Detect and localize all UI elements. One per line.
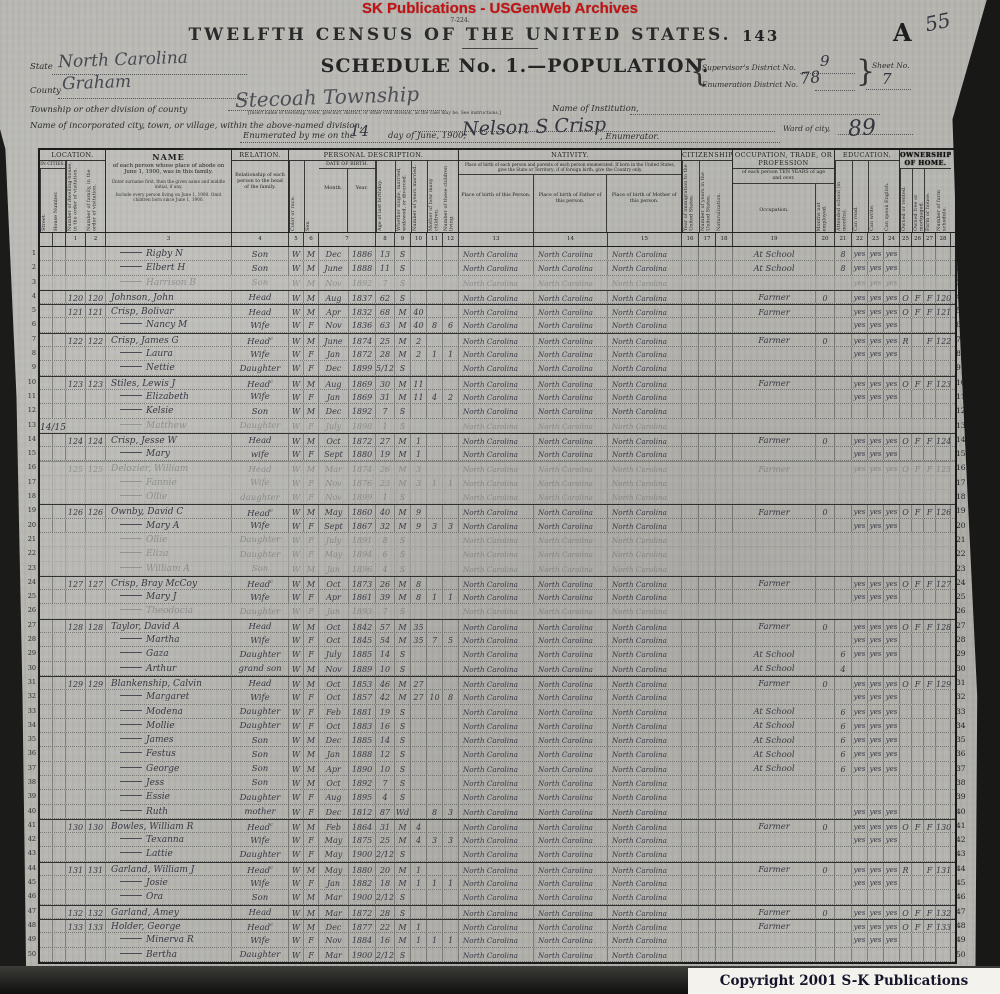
- cell-cl: [443, 647, 459, 660]
- cell-r: mother: [232, 805, 289, 818]
- cell-d: [66, 533, 86, 546]
- cell-rd: yes: [852, 920, 868, 932]
- cell-r: Son: [232, 762, 289, 775]
- cell-yu: [699, 434, 716, 446]
- cell-o: [900, 933, 912, 946]
- cell-mc: [427, 762, 443, 775]
- cell-iy: [682, 847, 699, 860]
- cell-occ: [733, 847, 816, 860]
- cell-st: [40, 361, 53, 374]
- cell-en: [884, 662, 900, 675]
- cell-fh: [924, 347, 936, 360]
- cell-sch: [835, 590, 852, 603]
- cell-mc: 1: [427, 347, 443, 360]
- cell-age: 25: [376, 334, 395, 346]
- township-label: Township or other division of county: [30, 105, 187, 115]
- cell-yu: [699, 447, 716, 460]
- cell-cl: [443, 434, 459, 446]
- cell-o: [900, 805, 912, 818]
- cell-d: [66, 447, 86, 460]
- cell-p3: North Carolina: [608, 620, 682, 632]
- census-row: TheodociaDaughterWFJan18937SNorth Caroli…: [40, 604, 955, 618]
- institution-label: Name of Institution,: [552, 104, 639, 114]
- cell-s: M: [304, 291, 319, 303]
- cell-yu: [699, 719, 716, 732]
- cell-na: [716, 690, 733, 703]
- cell-p1: North Carolina: [459, 347, 534, 360]
- cell-o: [900, 533, 912, 546]
- cell-fh: [924, 476, 936, 489]
- col-immigration-year: Year of immigration to the United States…: [682, 161, 699, 232]
- cell-age: 14: [376, 647, 395, 660]
- cell-age: 30: [376, 377, 395, 389]
- cell-mne: [816, 390, 835, 403]
- column-number: 20: [816, 233, 835, 246]
- cell-cl: [443, 261, 459, 274]
- cell-iy: [682, 577, 699, 589]
- cell-st: [40, 776, 53, 789]
- cell-p1: North Carolina: [459, 890, 534, 903]
- cell-yr: 1892: [349, 276, 376, 289]
- cell-cl: [443, 847, 459, 860]
- cell-o: [900, 690, 912, 703]
- cell-m: S: [395, 776, 411, 789]
- cell-fn: [936, 361, 951, 374]
- cell-sch: [835, 476, 852, 489]
- cell-iy: [682, 547, 699, 560]
- cell-c: W: [289, 361, 304, 374]
- cell-na: [716, 705, 733, 718]
- cell-p3: North Carolina: [608, 505, 682, 517]
- cell-cl: [443, 419, 459, 432]
- cell-p1: North Carolina: [459, 933, 534, 946]
- cell-s: F: [304, 847, 319, 860]
- cell-rd: yes: [852, 334, 868, 346]
- cell-occ: Farmer: [733, 334, 816, 346]
- cell-mne: [816, 690, 835, 703]
- cell-yu: [699, 805, 716, 818]
- cell-iy: [682, 647, 699, 660]
- cell-d: [66, 933, 86, 946]
- cell-wr: yes: [868, 390, 884, 403]
- cell-en: [884, 490, 900, 503]
- cell-rd: [852, 948, 868, 961]
- cell-yu: [699, 890, 716, 903]
- header-group-relation: RELATION. Relationship of each person to…: [232, 150, 289, 232]
- cell-c: W: [289, 347, 304, 360]
- cell-mc: [427, 820, 443, 832]
- cell-p3: North Carolina: [608, 291, 682, 303]
- cell-mo: Dec: [319, 733, 349, 746]
- column-number: 10: [411, 233, 427, 246]
- cell-r: Son: [232, 247, 289, 260]
- cell-iy: [682, 276, 699, 289]
- cell-fm: [912, 747, 924, 760]
- cell-wr: yes: [868, 820, 884, 832]
- cell-s: M: [304, 747, 319, 760]
- cell-c: W: [289, 805, 304, 818]
- cell-yu: [699, 377, 716, 389]
- cell-m: S: [395, 747, 411, 760]
- cell-occ: Farmer: [733, 505, 816, 517]
- cell-wr: yes: [868, 505, 884, 517]
- cell-mo: Oct: [319, 620, 349, 632]
- enumeration-district-label: Enumeration District No.: [702, 80, 798, 89]
- cell-m: S: [395, 419, 411, 432]
- cell-rd: [852, 490, 868, 503]
- cell-st: [40, 562, 53, 575]
- cell-age: 11: [376, 261, 395, 274]
- cell-sch: [835, 390, 852, 403]
- cell-en: yes: [884, 876, 900, 889]
- cell-fm: [912, 318, 924, 331]
- cell-p1: North Carolina: [459, 677, 534, 689]
- col-age: Age at last birthday.: [376, 161, 395, 232]
- cell-m: M: [395, 305, 411, 317]
- census-row: 130130Bowles, William RHeadcWMFeb186431M…: [40, 819, 955, 833]
- census-row: 132132Garland, AmeyHeadWMMar187228SNorth…: [40, 905, 955, 919]
- column-number: 17: [699, 233, 716, 246]
- cell-o: [900, 276, 912, 289]
- cell-fn: 123: [936, 377, 951, 389]
- cell-na: [716, 590, 733, 603]
- cell-m: M: [395, 318, 411, 331]
- cell-mne: 0: [816, 906, 835, 918]
- cell-cl: [443, 562, 459, 575]
- cell-fh: F: [924, 334, 936, 346]
- cell-c: W: [289, 462, 304, 474]
- cell-c: W: [289, 847, 304, 860]
- cell-p2: North Carolina: [534, 833, 608, 846]
- cell-r: Head: [232, 906, 289, 918]
- header-group-nativity: NATIVITY. Place of birth of each person …: [459, 150, 682, 232]
- census-row: Elbert HSonWMJune188811SNorth CarolinaNo…: [40, 261, 955, 275]
- cell-en: yes: [884, 747, 900, 760]
- line-number: 44: [23, 860, 36, 874]
- cell-c: W: [289, 318, 304, 331]
- cell-d: 120: [66, 291, 86, 303]
- cell-mne: [816, 890, 835, 903]
- cell-yu: [699, 334, 716, 346]
- cell-o: O: [900, 434, 912, 446]
- col-occupation: Occupation.: [733, 184, 816, 233]
- cell-o: [900, 719, 912, 732]
- cell-p1: North Carolina: [459, 547, 534, 560]
- cell-n: Mary: [106, 447, 232, 460]
- cell-c: W: [289, 833, 304, 846]
- cell-mc: [427, 776, 443, 789]
- cell-hn: [53, 906, 66, 918]
- cell-age: 5/12: [376, 361, 395, 374]
- cell-c: W: [289, 404, 304, 417]
- cell-s: F: [304, 476, 319, 489]
- cell-p1: North Carolina: [459, 805, 534, 818]
- cell-m: M: [395, 933, 411, 946]
- line-number: 32: [956, 688, 974, 702]
- cell-mc: [427, 547, 443, 560]
- cell-s: M: [304, 762, 319, 775]
- cell-f: [86, 490, 106, 503]
- cell-d: [66, 604, 86, 617]
- cell-en: yes: [884, 590, 900, 603]
- cell-wr: [868, 790, 884, 803]
- cell-r: Son: [232, 562, 289, 575]
- cell-occ: At School: [733, 733, 816, 746]
- sheet-value: 7: [882, 70, 892, 88]
- cell-fn: [936, 876, 951, 889]
- cell-st: [40, 933, 53, 946]
- cell-rd: [852, 847, 868, 860]
- cell-age: 1: [376, 490, 395, 503]
- cell-s: M: [304, 462, 319, 474]
- cell-p1: North Carolina: [459, 462, 534, 474]
- cell-yr: 1864: [349, 820, 376, 832]
- census-row: 124124Crisp, Jesse WHeadWMOct187227M1Nor…: [40, 433, 955, 447]
- cell-p2: North Carolina: [534, 490, 608, 503]
- cell-hn: [53, 677, 66, 689]
- cell-iy: [682, 390, 699, 403]
- cell-fn: [936, 762, 951, 775]
- line-number: 13: [23, 417, 36, 431]
- cell-p3: North Carolina: [608, 820, 682, 832]
- cell-yr: 1861: [349, 590, 376, 603]
- cell-en: yes: [884, 733, 900, 746]
- cell-m: M: [395, 677, 411, 689]
- cell-c: W: [289, 747, 304, 760]
- line-number: 30: [23, 660, 36, 674]
- cell-s: M: [304, 404, 319, 417]
- cell-s: M: [304, 733, 319, 746]
- cell-cl: [443, 447, 459, 460]
- census-row: 127127Crisp, Bray McCoyHeadcWMOct187326M…: [40, 576, 955, 590]
- cell-rd: yes: [852, 876, 868, 889]
- cell-yr: 1882: [349, 876, 376, 889]
- cell-na: [716, 305, 733, 317]
- cell-mc: [427, 361, 443, 374]
- cell-fm: [912, 519, 924, 532]
- cell-d: 129: [66, 677, 86, 689]
- cell-yr: 1832: [349, 305, 376, 317]
- cell-mo: Jan: [319, 876, 349, 889]
- cell-r: Wife: [232, 519, 289, 532]
- cell-yr: 1875: [349, 833, 376, 846]
- cell-fn: 124: [936, 434, 951, 446]
- line-number: 18: [23, 488, 36, 502]
- cell-p3: North Carolina: [608, 876, 682, 889]
- cell-mo: July: [319, 419, 349, 432]
- cell-d: [66, 847, 86, 860]
- cell-iy: [682, 933, 699, 946]
- cell-mc: [427, 890, 443, 903]
- cell-p3: North Carolina: [608, 419, 682, 432]
- cell-fh: F: [924, 677, 936, 689]
- cell-n: Mary A: [106, 519, 232, 532]
- cell-yr: 1880: [349, 447, 376, 460]
- cell-rd: [852, 890, 868, 903]
- cell-p2: North Carolina: [534, 590, 608, 603]
- cell-occ: Farmer: [733, 291, 816, 303]
- cell-rd: yes: [852, 590, 868, 603]
- cell-fm: [912, 863, 924, 875]
- cell-wr: yes: [868, 876, 884, 889]
- cell-yu: [699, 863, 716, 875]
- cell-fh: F: [924, 377, 936, 389]
- cell-o: O: [900, 820, 912, 832]
- cell-o: [900, 790, 912, 803]
- cell-mo: Jan: [319, 604, 349, 617]
- cell-o: [900, 447, 912, 460]
- census-row: MargaretWifeWFOct185742M27108North Carol…: [40, 690, 955, 704]
- cell-n: Elizabeth: [106, 390, 232, 403]
- cell-f: [86, 447, 106, 460]
- cell-r: Daughter: [232, 719, 289, 732]
- cell-en: [884, 361, 900, 374]
- cell-ym: [411, 847, 427, 860]
- cell-mc: [427, 291, 443, 303]
- cell-en: yes: [884, 920, 900, 932]
- cell-r: Wife: [232, 390, 289, 403]
- line-number: 48: [956, 917, 974, 931]
- cell-st: [40, 790, 53, 803]
- cell-d: 133: [66, 920, 86, 932]
- cell-p3: North Carolina: [608, 705, 682, 718]
- cell-o: [900, 476, 912, 489]
- cell-c: W: [289, 305, 304, 317]
- line-number: 28: [23, 631, 36, 645]
- cell-d: [66, 590, 86, 603]
- cell-hn: [53, 776, 66, 789]
- cell-yr: 1892: [349, 776, 376, 789]
- cell-fn: [936, 447, 951, 460]
- cell-o: O: [900, 920, 912, 932]
- cell-m: M: [395, 505, 411, 517]
- cell-occ: [733, 604, 816, 617]
- cell-p1: North Carolina: [459, 776, 534, 789]
- cell-mc: [427, 747, 443, 760]
- cell-fh: [924, 890, 936, 903]
- cell-mo: Mar: [319, 948, 349, 961]
- cell-n: Mollie: [106, 719, 232, 732]
- cell-cl: [443, 276, 459, 289]
- cell-m: S: [395, 762, 411, 775]
- cell-p3: North Carolina: [608, 276, 682, 289]
- cell-mc: [427, 604, 443, 617]
- cell-mne: [816, 577, 835, 589]
- cell-age: 7: [376, 404, 395, 417]
- cell-fm: F: [912, 505, 924, 517]
- cell-yu: [699, 305, 716, 317]
- cell-sch: [835, 361, 852, 374]
- cell-sch: 6: [835, 647, 852, 660]
- cell-yr: 1873: [349, 577, 376, 589]
- cell-sch: [835, 690, 852, 703]
- cell-fn: 133: [936, 920, 951, 932]
- cell-fh: [924, 318, 936, 331]
- cell-st: [40, 733, 53, 746]
- cell-c: W: [289, 733, 304, 746]
- cell-n: Crisp, James G: [106, 334, 232, 346]
- enumeration-district-value: 78: [799, 67, 821, 88]
- cell-fn: [936, 419, 951, 432]
- cell-fn: 127: [936, 577, 951, 589]
- cell-ym: 2: [411, 347, 427, 360]
- cell-fh: [924, 719, 936, 732]
- cell-age: 23: [376, 476, 395, 489]
- cell-o: [900, 419, 912, 432]
- cell-p2: North Carolina: [534, 863, 608, 875]
- cell-st: [40, 318, 53, 331]
- cell-c: W: [289, 790, 304, 803]
- col-pob-mother: Place of birth of Mother of this person.: [607, 175, 681, 233]
- cell-fh: [924, 261, 936, 274]
- cell-f: [86, 276, 106, 289]
- cell-occ: Farmer: [733, 820, 816, 832]
- cell-p2: North Carolina: [534, 462, 608, 474]
- cell-fn: 129: [936, 677, 951, 689]
- cell-rd: yes: [852, 762, 868, 775]
- cell-age: 13: [376, 247, 395, 260]
- cell-fm: F: [912, 677, 924, 689]
- cell-fm: [912, 562, 924, 575]
- census-row: FestusSonWMJan188812SNorth CarolinaNorth…: [40, 747, 955, 761]
- cell-r: Daughter: [232, 533, 289, 546]
- cell-mne: [816, 377, 835, 389]
- cell-f: [86, 847, 106, 860]
- cell-s: M: [304, 677, 319, 689]
- cell-hn: [53, 647, 66, 660]
- cell-st: [40, 805, 53, 818]
- cell-mo: Aug: [319, 377, 349, 389]
- date-of-birth-title: DATE OF BIRTH.: [319, 161, 375, 169]
- cell-iy: [682, 705, 699, 718]
- col-birth-year: Year.: [348, 169, 375, 232]
- cell-fm: [912, 948, 924, 961]
- cell-fn: [936, 390, 951, 403]
- cell-cl: 1: [443, 933, 459, 946]
- cell-d: [66, 419, 86, 432]
- cell-f: [86, 876, 106, 889]
- cell-na: [716, 747, 733, 760]
- cell-fh: [924, 833, 936, 846]
- cell-p1: North Carolina: [459, 318, 534, 331]
- cell-m: S: [395, 890, 411, 903]
- cell-fh: [924, 662, 936, 675]
- line-number: 36: [23, 745, 36, 759]
- cell-p1: North Carolina: [459, 762, 534, 775]
- line-number: 42: [956, 831, 974, 845]
- column-number: 7: [319, 233, 376, 246]
- cell-wr: yes: [868, 906, 884, 918]
- cell-sch: [835, 547, 852, 560]
- cell-mne: [816, 318, 835, 331]
- cell-c: W: [289, 820, 304, 832]
- cell-occ: At School: [733, 662, 816, 675]
- cell-rd: yes: [852, 620, 868, 632]
- cell-mo: Mar: [319, 890, 349, 903]
- cell-p3: North Carolina: [608, 519, 682, 532]
- cell-n: Nettie: [106, 361, 232, 374]
- cell-c: W: [289, 490, 304, 503]
- cell-mne: [816, 847, 835, 860]
- cell-yr: 1874: [349, 334, 376, 346]
- cell-cl: 1: [443, 347, 459, 360]
- cell-wr: yes: [868, 261, 884, 274]
- cell-r: Headc: [232, 505, 289, 517]
- cell-sch: [835, 490, 852, 503]
- cell-fn: [936, 519, 951, 532]
- column-number: 27: [924, 233, 936, 246]
- cell-r: Daughter: [232, 419, 289, 432]
